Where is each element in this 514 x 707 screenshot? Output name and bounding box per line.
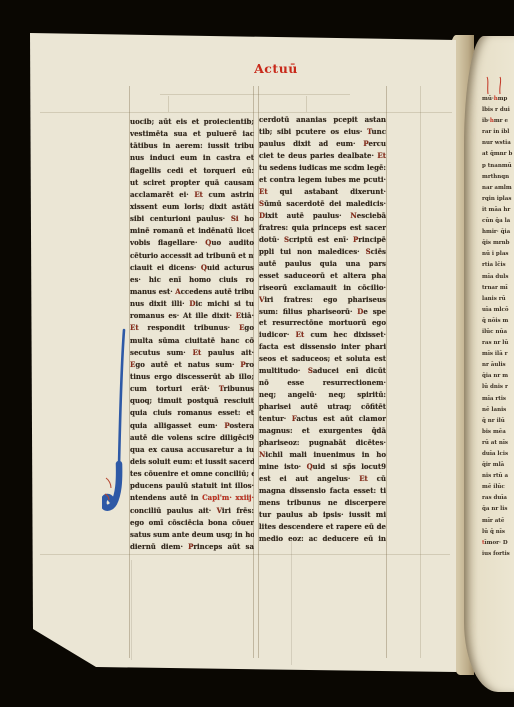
text-line: quia alligasset eum· Postera (130, 420, 254, 432)
text-line: tur paulus ab ipsis· iussit mi (259, 509, 386, 521)
text-line: q̄ir mlā (482, 460, 514, 471)
text-line: phariseoz: pugnabāt dicētes· (259, 437, 386, 449)
text-line: q̄is mrnb (482, 238, 514, 249)
chapter-rubric: h (494, 96, 498, 102)
red-touched-capital: N (259, 450, 265, 459)
red-touched-capital: P (353, 235, 358, 244)
text-line: tātibus in aerem: iussit tribu (130, 140, 254, 152)
text-line: duīa lcis (482, 449, 514, 460)
text-line: neq; angelū· neq; spiritū: (259, 389, 386, 401)
red-touched-capital: T (367, 127, 372, 136)
text-line: lanis rū (482, 294, 514, 305)
text-line: q̄ia nr m (482, 371, 514, 382)
text-line: es· hic enī homo ciuis ro (130, 274, 254, 286)
text-line: tinus ergo discesserūt ab illo; (130, 371, 254, 383)
red-touched-capital: E (130, 360, 135, 369)
text-line: pharisei autē utraq; cōfitēt (259, 401, 386, 413)
text-line: ntendens autē in Capl'm· xxiij· (130, 492, 254, 504)
red-touched-capital: Et (296, 330, 305, 339)
text-line: nō esse resurrectionem· (259, 377, 386, 389)
text-line: cūn q̄a la (482, 216, 514, 227)
ruling-tick (306, 96, 307, 112)
text-line: dotū· Scriptū est enī· Principē (259, 234, 386, 246)
chapter-rubric: t (482, 540, 485, 546)
text-line: nē lanis (482, 405, 514, 416)
text-line: lbis r dui (482, 105, 514, 116)
ruling-line (40, 554, 450, 555)
text-line: Et qui astabant dixerunt· (259, 186, 386, 198)
red-touched-capital: Si (231, 214, 239, 223)
text-line: mīs ilā r (482, 349, 514, 360)
text-line: riseorū exclamauit in cōcilio· (259, 282, 386, 294)
chapter-rubric: h (490, 118, 494, 124)
text-line: magna dissensio facta esset: ti (259, 485, 386, 497)
red-touched-capital: Et (130, 323, 139, 332)
text-line: tentur· Factus est aūt clamor (259, 413, 386, 425)
red-touched-capital: Et (194, 190, 203, 199)
text-line: Et respondit tribunus· Ego (130, 322, 254, 334)
text-line: quia ciuis romanus esset: et (130, 407, 254, 419)
text-line: nus dixit illi· Dic michi si tu (130, 298, 254, 310)
parchment-crease (131, 560, 132, 660)
text-line: sibi centurioni paulus· Si ho (130, 213, 254, 225)
text-line: uocib; aūt eis et proiecientib; (130, 116, 254, 128)
text-line: conciliū paulus ait· Viri frēs: (130, 505, 254, 517)
text-line: ciauit ei dicens· Quid acturus (130, 262, 254, 274)
red-touched-capital: A (175, 287, 180, 296)
text-line: lites descendere et rapere eū de (259, 521, 386, 533)
text-line: mē ilūc (482, 482, 514, 493)
red-touched-capital: Et (359, 474, 368, 483)
red-touched-capital: E (236, 311, 241, 320)
red-touched-capital: D (189, 299, 195, 308)
text-line: ius fortis (482, 549, 514, 560)
text-line: acclamarēt ei· Et cum astrin (130, 189, 254, 201)
text-line: mīa duls (482, 272, 514, 283)
text-line: et resurrectōne mortuorū ego (259, 317, 386, 329)
text-line: q̄a nr lis (482, 504, 514, 515)
text-line: bis mēa (482, 427, 514, 438)
text-line: mine isto· Quid si sp̄s locut9 (259, 461, 386, 473)
text-column-left: uocib; aūt eis et proiecientib;vestimēta… (130, 116, 254, 553)
text-line: mīa rtis (482, 394, 514, 405)
text-line: diernū diem· Princeps aūt sa (130, 541, 254, 553)
text-line: est ei aut angelus· Et cū (259, 473, 386, 485)
text-line: tīmor· D (482, 538, 514, 549)
manuscript-page: Actuū uocib; aūt eis et proiecientib;ves… (0, 0, 514, 707)
text-line: cerdotū ananias pcepit astan (259, 114, 386, 126)
text-line: cum torturi erāt· Tribunus (130, 383, 254, 395)
text-line: lū dnis r (482, 382, 514, 393)
red-touched-capital: P (224, 421, 229, 430)
ruling-line (160, 94, 350, 95)
text-line: multa sūma ciuitatē hanc cō (130, 335, 254, 347)
text-line: nur wstia (482, 138, 514, 149)
ruling-line (420, 86, 421, 658)
red-touched-capital: D (259, 211, 265, 220)
text-line: nū i plas (482, 249, 514, 260)
text-line: medio eoz: ac deducere eū in (259, 533, 386, 545)
red-touched-capital: P (363, 139, 368, 148)
text-line: fratres: quia princeps est sacer (259, 222, 386, 234)
text-line: cēturio accessit ad tribunū et nū (130, 250, 254, 262)
text-line: ego omī cōsciēcia bona cōuer (130, 517, 254, 529)
text-line: nar amlm (482, 183, 514, 194)
text-line: rar in ibl (482, 127, 514, 138)
text-line: ciet te deus paries dealbate· Et (259, 150, 386, 162)
red-touched-capital: S (284, 235, 289, 244)
text-line: uīa mlcō (482, 305, 514, 316)
text-line: vestimēta sua et puluerē iac (130, 128, 254, 140)
text-line: nus induci eum in castra et (130, 152, 254, 164)
red-touched-capital: S (259, 199, 264, 208)
text-line: minē romanū et indēnatū licet (130, 225, 254, 237)
text-line: ras nr lū (482, 338, 514, 349)
text-line: autē paulus quia una pars (259, 258, 386, 270)
red-touched-capital: Et (377, 151, 386, 160)
text-line: rū at nīs (482, 438, 514, 449)
red-touched-capital: V (259, 295, 264, 304)
red-touched-capital: F (292, 414, 297, 423)
text-line: mīr atē (482, 516, 514, 527)
text-line: p tnanmū (482, 161, 514, 172)
text-line: vobis flagellare· Quo audito (130, 237, 254, 249)
text-line: seos et saduceos; et soluta est (259, 353, 386, 365)
parchment-crease (291, 540, 292, 665)
text-line: magnus: et exurgentes q̄dā (259, 425, 386, 437)
text-line: deis soluit eum: et iussit sacerdo (130, 456, 254, 468)
text-line: ib·hmr e (482, 116, 514, 127)
text-line: ras duīa (482, 493, 514, 504)
text-line: trnar mī (482, 283, 514, 294)
red-touched-capital: P (188, 542, 193, 551)
text-line: multitudo· Saducei enī dicūt (259, 365, 386, 377)
text-line: secutus sum· Et paulus ait· (130, 347, 254, 359)
text-line: q̄ nōis m (482, 316, 514, 327)
text-line: Nichil mali inuenimus in ho (259, 449, 386, 461)
text-line: Ego autē et natus sum· Pro (130, 359, 254, 371)
text-line: autē die volens scire diligēci9 (130, 432, 254, 444)
chapter-rubric: Capl'm· xxiij· (202, 493, 254, 502)
text-line: it māa hr (482, 205, 514, 216)
text-line: manus est· Accedens autē tribu (130, 286, 254, 298)
red-touched-capital: P (240, 360, 245, 369)
text-line: ilūc nūa (482, 327, 514, 338)
text-line: nis rtū a (482, 471, 514, 482)
red-penwork-flourish-icon (480, 76, 510, 96)
text-line: ppli tui non maledices· Sciēs (259, 246, 386, 258)
text-line: hmir· q̄ia (482, 227, 514, 238)
red-touched-capital: E (239, 323, 244, 332)
red-touched-capital: S (308, 366, 313, 375)
red-touched-capital: Q (205, 238, 211, 247)
text-line: quoq; timuit postquā resciuit (130, 395, 254, 407)
text-line: pducens paulū statuit int illos· (130, 480, 254, 492)
red-touched-capital: D (357, 307, 363, 316)
text-line: xissent eum loris; dixit astāti (130, 201, 254, 213)
text-line: mrthnqn (482, 172, 514, 183)
text-line: rqin iplas (482, 194, 514, 205)
text-line: satus sum ante deum usq; in ho (130, 529, 254, 541)
red-touched-capital: Et (193, 348, 202, 357)
text-line: Viri fratres: ego phariseus (259, 294, 386, 306)
text-line: mū·hmp (482, 94, 514, 105)
ruling-line (386, 86, 387, 658)
text-line: q̄ nr ilū (482, 416, 514, 427)
next-leaf-text-column: mū·hmplbis r duiib·hmr erar in iblnur ws… (482, 94, 514, 574)
manuscript-photo: mū·hmplbis r duiib·hmr erar in iblnur ws… (0, 0, 514, 707)
text-line: nr āulis (482, 360, 514, 371)
text-column-right: cerdotū ananias pcepit astantib; sibi pc… (259, 114, 386, 545)
next-leaf-edge: mū·hmplbis r duiib·hmr erar in iblnur ws… (464, 36, 514, 692)
red-touched-capital: V (217, 506, 222, 515)
text-line: Dixit autē paulus· Nesciebā (259, 210, 386, 222)
red-touched-capital: S (366, 247, 371, 256)
text-line: et contra legem iubes me pcuti· (259, 174, 386, 186)
red-touched-capital: N (350, 211, 356, 220)
text-line: at q̄mnr b (482, 149, 514, 160)
text-line: qua ex causa accusaretur a iu (130, 444, 254, 456)
text-line: lū q̄ nīs (482, 527, 514, 538)
text-line: rtia lc̄is (482, 260, 514, 271)
ruling-tick (168, 96, 169, 112)
text-line: esset saduceorū et altera pha (259, 270, 386, 282)
running-title: Actuū (252, 61, 300, 76)
text-line: romanus es· At ille dixit· Etiā· (130, 310, 254, 322)
text-line: ut sciret propter quā causam (130, 177, 254, 189)
red-touched-capital: T (219, 384, 224, 393)
red-touched-capital: Q (201, 263, 207, 272)
text-line: Sūmū sacerdotē dei maledicis· (259, 198, 386, 210)
text-line: tib; sibi pcutere os eius· Tunc (259, 126, 386, 138)
text-line: mens tribunus ne discerpere (259, 497, 386, 509)
red-touched-capital: Et (259, 187, 268, 196)
text-line: iudicor· Et cum hec dixisset· (259, 329, 386, 341)
red-touched-capital: Q (307, 462, 313, 471)
text-line: flagellis cedi et torqueri eū: (130, 165, 254, 177)
text-line: tes cōuenire et omne conciliū; et (130, 468, 254, 480)
text-line: paulus dixit ad eum· Percu (259, 138, 386, 150)
ruling-line (40, 112, 452, 113)
text-line: facta est dissensio inter phari (259, 341, 386, 353)
text-line: sum: filius phariseorū· De spe (259, 306, 386, 318)
text-line: tu sedens iudicas me scdm legē: (259, 162, 386, 174)
